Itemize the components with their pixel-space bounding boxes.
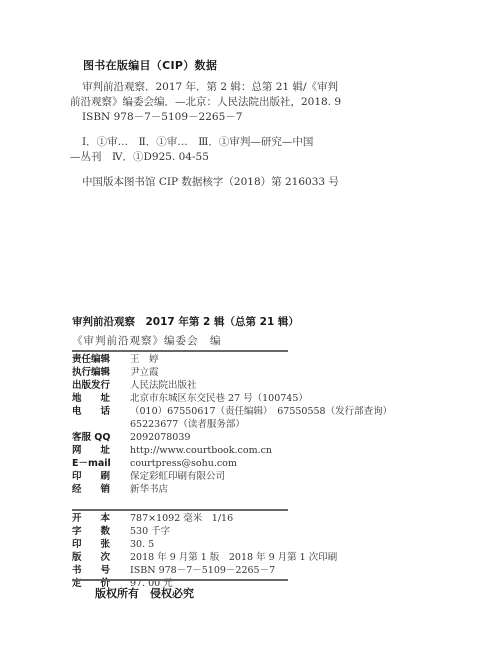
spec-value: 530 千字 [130, 525, 170, 538]
info-label: 电 话 [72, 405, 130, 418]
info-value: （010）67550617（责任编辑） 67550558（发行部查询） [130, 405, 392, 418]
spec-label: 开 本 [72, 512, 130, 525]
spec-value: 30. 5 [130, 538, 154, 551]
book-editor: 《审判前沿观察》编委会 编 [72, 333, 222, 348]
info-value: 人民法院出版社 [130, 379, 197, 392]
email-value: courtpress@sohu.com [130, 457, 237, 470]
spec-value: 787×1092 毫米 1/16 [130, 512, 233, 525]
info-row: 65223677（读者服务部） [72, 418, 392, 431]
info-label: 出版发行 [72, 379, 130, 392]
spec-label: 印 张 [72, 538, 130, 551]
cip-heading: 图书在版编目（CIP）数据 [83, 57, 217, 73]
divider [72, 579, 288, 581]
info-row: 经 销新华书店 [72, 483, 392, 496]
info-row: 出版发行人民法院出版社 [72, 379, 392, 392]
cip-classification: —丛刊 Ⅳ．①D925. 04-55 [70, 150, 360, 165]
book-title: 审判前沿观察 2017 年第 2 辑（总第 21 辑） [72, 314, 299, 329]
info-value: 保定彩虹印刷有限公司 [130, 470, 225, 483]
info-label: 责任编辑 [72, 353, 130, 366]
info-label: 网 址 [72, 444, 130, 457]
info-label: 客服 QQ [72, 431, 130, 444]
info-row: 电 话（010）67550617（责任编辑） 67550558（发行部查询） [72, 405, 392, 418]
cip-isbn: ISBN 978－7－5109－2265－7 [70, 110, 360, 125]
spec-row: 书 号ISBN 978－7－5109－2265－7 [72, 564, 337, 577]
info-row: 地 址北京市东城区东交民巷 27 号（100745） [72, 392, 392, 405]
info-label: E－mail [72, 457, 130, 470]
spec-label: 字 数 [72, 525, 130, 538]
spec-row: 字 数530 千字 [72, 525, 337, 538]
spec-value: ISBN 978－7－5109－2265－7 [130, 564, 275, 577]
info-row: E－mailcourtpress@sohu.com [72, 457, 392, 470]
divider [72, 509, 288, 511]
divider [72, 350, 288, 352]
spec-label: 版 次 [72, 551, 130, 564]
info-label: 执行编辑 [72, 366, 130, 379]
cip-line: 前沿观察》编委会编．—北京：人民法院出版社，2018. 9 [70, 95, 360, 110]
info-label: 地 址 [72, 392, 130, 405]
info-value: 王 婷 [130, 353, 159, 366]
cip-number: 中国版本图书馆 CIP 数据核字（2018）第 216033 号 [70, 175, 360, 190]
info-row: 网 址http://www.courtbook.com.cn [72, 444, 392, 457]
cip-line: 审判前沿观察．2017 年．第 2 辑：总第 21 辑/《审判 [70, 80, 360, 95]
info-label: 经 销 [72, 483, 130, 496]
info-value: 新华书店 [130, 483, 168, 496]
info-row: 印 刷保定彩虹印刷有限公司 [72, 470, 392, 483]
spec-row: 版 次2018 年 9 月第 1 版 2018 年 9 月第 1 次印刷 [72, 551, 337, 564]
rights-notice: 版权所有 侵权必究 [95, 585, 194, 601]
info-label [72, 418, 130, 431]
info-row: 客服 QQ2092078039 [72, 431, 392, 444]
info-label: 印 刷 [72, 470, 130, 483]
info-value: 北京市东城区东交民巷 27 号（100745） [130, 392, 308, 405]
spec-label: 书 号 [72, 564, 130, 577]
info-value: 尹立霞 [130, 366, 159, 379]
spec-value: 2018 年 9 月第 1 版 2018 年 9 月第 1 次印刷 [130, 551, 337, 564]
cip-classification: Ⅰ．①审… Ⅱ．①审… Ⅲ．①审判—研究—中国 [70, 135, 360, 150]
copyright-page: 图书在版编目（CIP）数据 审判前沿观察．2017 年．第 2 辑：总第 21 … [0, 0, 482, 650]
spec-row: 开 本787×1092 毫米 1/16 [72, 512, 337, 525]
info-value: 2092078039 [130, 431, 190, 444]
info-value: 65223677（读者服务部） [130, 418, 245, 431]
publication-info: 责任编辑王 婷 执行编辑尹立霞 出版发行人民法院出版社 地 址北京市东城区东交民… [72, 353, 392, 496]
spec-row: 印 张30. 5 [72, 538, 337, 551]
cip-record: 审判前沿观察．2017 年．第 2 辑：总第 21 辑/《审判 前沿观察》编委会… [70, 80, 360, 190]
info-row: 执行编辑尹立霞 [72, 366, 392, 379]
info-row: 责任编辑王 婷 [72, 353, 392, 366]
website-link: http://www.courtbook.com.cn [130, 444, 272, 457]
